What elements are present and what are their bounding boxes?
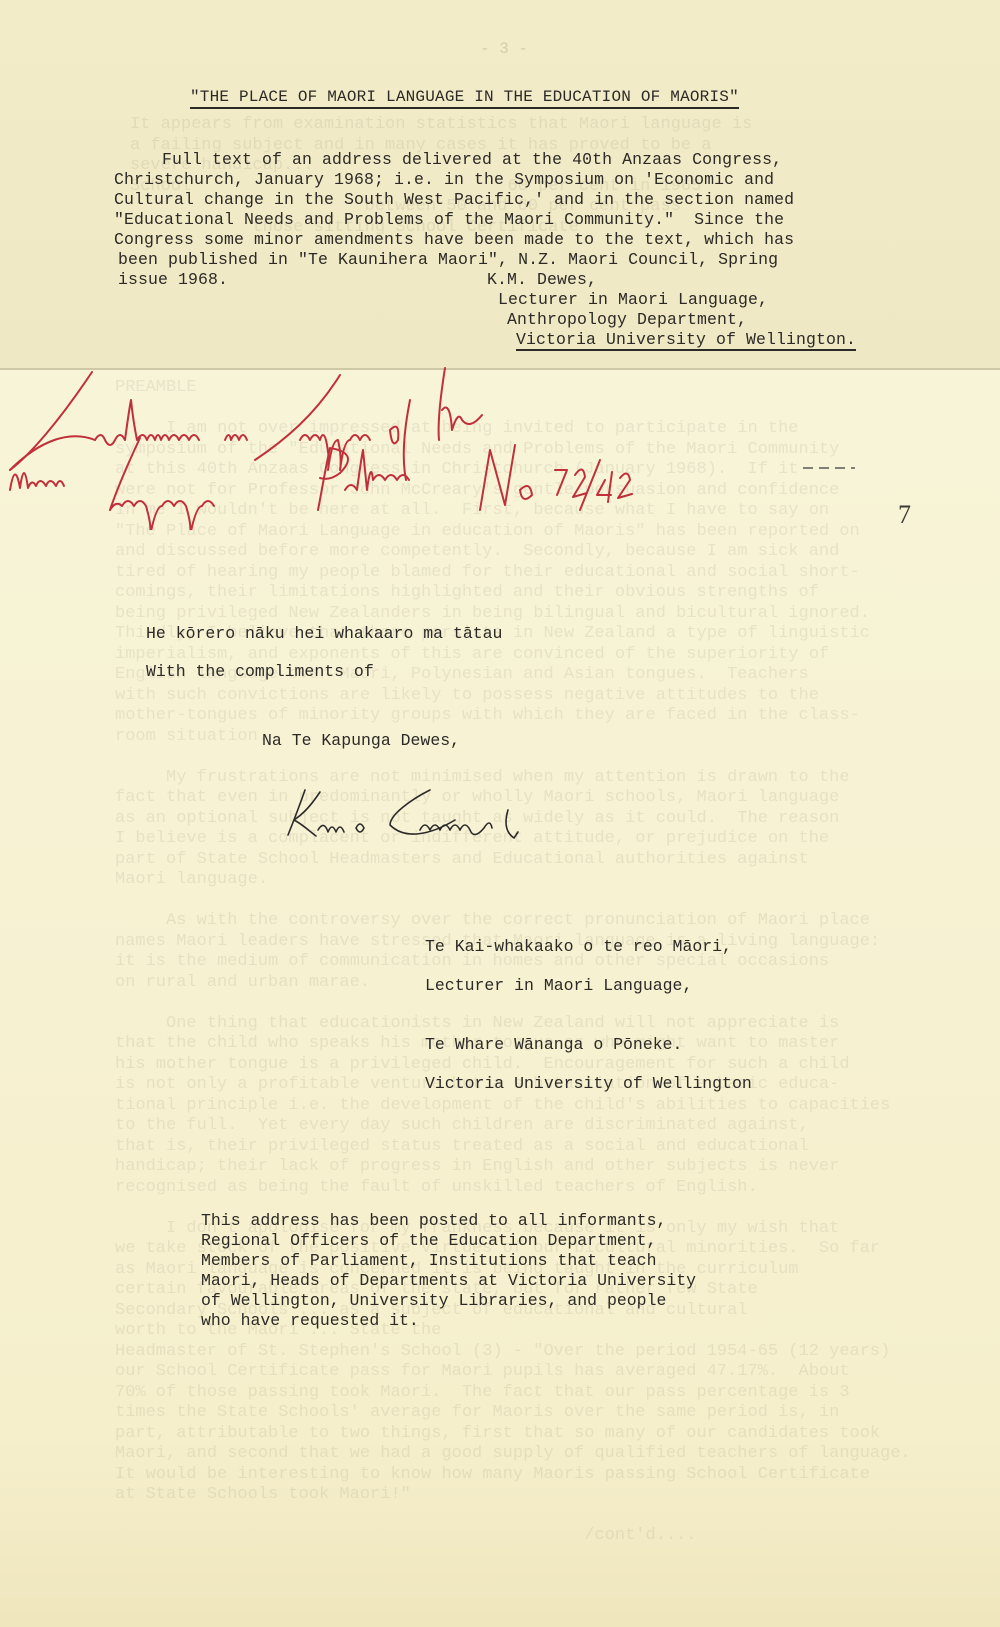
signature — [280, 780, 560, 850]
distribution-line: of Wellington, University Libraries, and… — [201, 1291, 666, 1312]
handwritten-annotation — [0, 360, 900, 530]
compliments-from-line: Na Te Kapunga Dewes, — [262, 731, 460, 752]
author-university: Victoria University of Wellington. — [516, 330, 856, 351]
distribution-line: who have requested it. — [201, 1311, 419, 1332]
closing-title-university-maori: Te Whare Wānanga o Pōneke. — [425, 1035, 682, 1056]
distribution-line: Regional Officers of the Education Depar… — [201, 1231, 656, 1252]
intro-line: Full text of an address delivered at the… — [162, 150, 782, 171]
author-department: Anthropology Department, — [507, 310, 747, 331]
intro-line: issue 1968. — [118, 270, 228, 291]
author-name: K.M. Dewes, — [487, 270, 597, 291]
compliments-maori-line: He kōrero nāku hei whakaaro ma tātau — [146, 624, 502, 645]
intro-line: Christchurch, January 1968; i.e. in the … — [114, 170, 774, 191]
intro-line: Cultural change in the South West Pacifi… — [114, 190, 794, 211]
document-title: "THE PLACE OF MAORI LANGUAGE IN THE EDUC… — [190, 88, 739, 106]
intro-line: been published in "Te Kaunihera Maori", … — [118, 250, 778, 271]
author-university-text: Victoria University of Wellington. — [516, 330, 856, 351]
margin-mark: 7 — [898, 500, 911, 530]
closing-title-lecturer: Lecturer in Maori Language, — [425, 976, 692, 997]
closing-title-maori: Te Kai-whakaako o te reo Māori, — [425, 937, 732, 958]
compliments-english-line: With the compliments of — [146, 662, 374, 683]
distribution-line: This address has been posted to all info… — [201, 1211, 666, 1232]
distribution-line: Maori, Heads of Departments at Victoria … — [201, 1271, 696, 1292]
distribution-line: Members of Parliament, Institutions that… — [201, 1251, 656, 1272]
author-role: Lecturer in Maori Language, — [498, 290, 768, 311]
page-number: - 3 - — [480, 40, 528, 58]
intro-line: "Educational Needs and Problems of the M… — [114, 210, 784, 231]
document-title-text: "THE PLACE OF MAORI LANGUAGE IN THE EDUC… — [190, 88, 739, 109]
bottom-page-sheet — [0, 368, 1000, 1627]
closing-title-university: Victoria University of Wellington — [425, 1074, 752, 1095]
intro-line: Congress some minor amendments have been… — [114, 230, 794, 251]
